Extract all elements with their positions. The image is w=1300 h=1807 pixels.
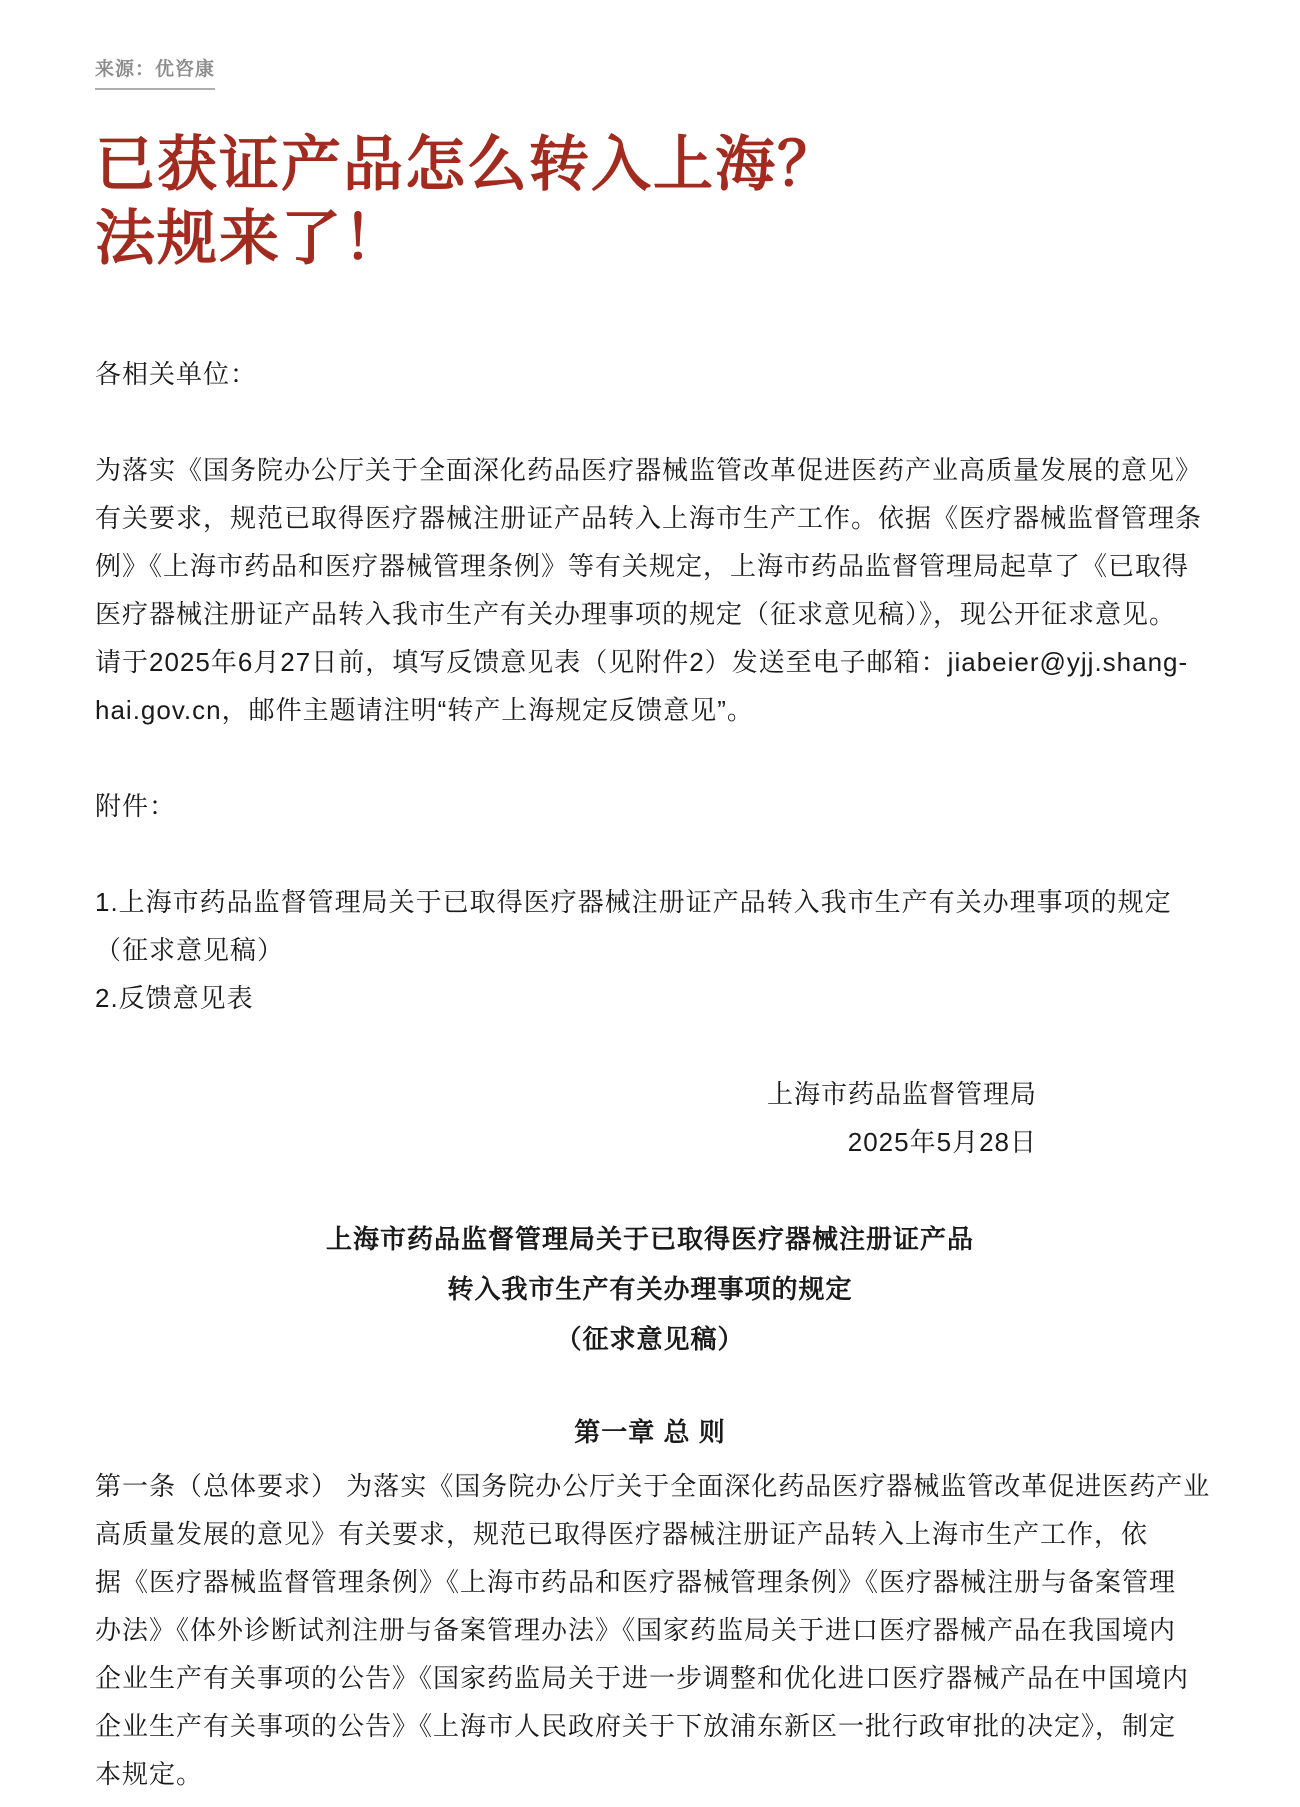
attachment-item: （征求意见稿） [95, 926, 1205, 974]
notice-body-line: 医疗器械注册证产品转入我市生产有关办理事项的规定（征求意见稿）》，现公开征求意见… [95, 590, 1205, 638]
article-title-line2: 法规来了！ [95, 202, 1205, 276]
chapter-heading: 第一章 总 则 [95, 1408, 1205, 1456]
attachment-item: 1.上海市药品监督管理局关于已取得医疗器械注册证产品转入我市生产有关办理事项的规… [95, 878, 1205, 926]
regulation-title-line: （征求意见稿） [95, 1314, 1205, 1364]
signature-org: 上海市药品监督管理局 [95, 1070, 1037, 1118]
article1-line: 企业生产有关事项的公告》《国家药监局关于进一步调整和优化进口医疗器械产品在中国境… [95, 1654, 1205, 1702]
article1-body: 第一条（总体要求） 为落实《国务院办公厅关于全面深化药品医疗器械监管改革促进医药… [95, 1462, 1205, 1798]
source-label: 来源：优咨康 [95, 54, 215, 90]
regulation-title: 上海市药品监督管理局关于已取得医疗器械注册证产品 转入我市生产有关办理事项的规定… [95, 1214, 1205, 1364]
article1-line: 第一条（总体要求） 为落实《国务院办公厅关于全面深化药品医疗器械监管改革促进医药… [95, 1462, 1205, 1510]
signature-date: 2025年5月28日 [95, 1118, 1037, 1166]
article1-line: 本规定。 [95, 1750, 1205, 1798]
article1-line: 高质量发展的意见》有关要求，规范已取得医疗器械注册证产品转入上海市生产工作，依 [95, 1510, 1205, 1558]
notice-body-line: 为落实《国务院办公厅关于全面深化药品医疗器械监管改革促进医药产业高质量发展的意见… [95, 446, 1205, 494]
notice-body-line: 例》《上海市药品和医疗器械管理条例》等有关规定，上海市药品监督管理局起草了《已取… [95, 542, 1205, 590]
notice-body-line: 有关要求，规范已取得医疗器械注册证产品转入上海市生产工作。依据《医疗器械监督管理… [95, 494, 1205, 542]
notice-body-line: 请于2025年6月27日前，填写反馈意见表（见附件2）发送至电子邮箱：jiabe… [95, 638, 1205, 686]
regulation-title-line: 上海市药品监督管理局关于已取得医疗器械注册证产品 [95, 1214, 1205, 1264]
attachment-item: 2.反馈意见表 [95, 974, 1205, 1022]
salutation: 各相关单位： [95, 350, 1205, 398]
article1-line: 企业生产有关事项的公告》《上海市人民政府关于下放浦东新区一批行政审批的决定》，制… [95, 1702, 1205, 1750]
attachments-label: 附件： [95, 782, 1205, 830]
article1-line: 据《医疗器械监督管理条例》《上海市药品和医疗器械管理条例》《医疗器械注册与备案管… [95, 1558, 1205, 1606]
notice-body-line: hai.gov.cn，邮件主题请注明“转产上海规定反馈意见”。 [95, 686, 1205, 734]
regulation-title-line: 转入我市生产有关办理事项的规定 [95, 1264, 1205, 1314]
notice-body: 为落实《国务院办公厅关于全面深化药品医疗器械监管改革促进医药产业高质量发展的意见… [95, 446, 1205, 734]
article-title: 已获证产品怎么转入上海？ 法规来了！ [95, 128, 1205, 276]
attachments-list: 1.上海市药品监督管理局关于已取得医疗器械注册证产品转入我市生产有关办理事项的规… [95, 878, 1205, 1022]
article1-line: 办法》《体外诊断试剂注册与备案管理办法》《国家药监局关于进口医疗器械产品在我国境… [95, 1606, 1205, 1654]
signature-block: 上海市药品监督管理局 2025年5月28日 [95, 1070, 1205, 1166]
article-title-line1: 已获证产品怎么转入上海？ [95, 128, 1205, 202]
article-page: 来源：优咨康 已获证产品怎么转入上海？ 法规来了！ 各相关单位： 为落实《国务院… [0, 0, 1300, 1798]
